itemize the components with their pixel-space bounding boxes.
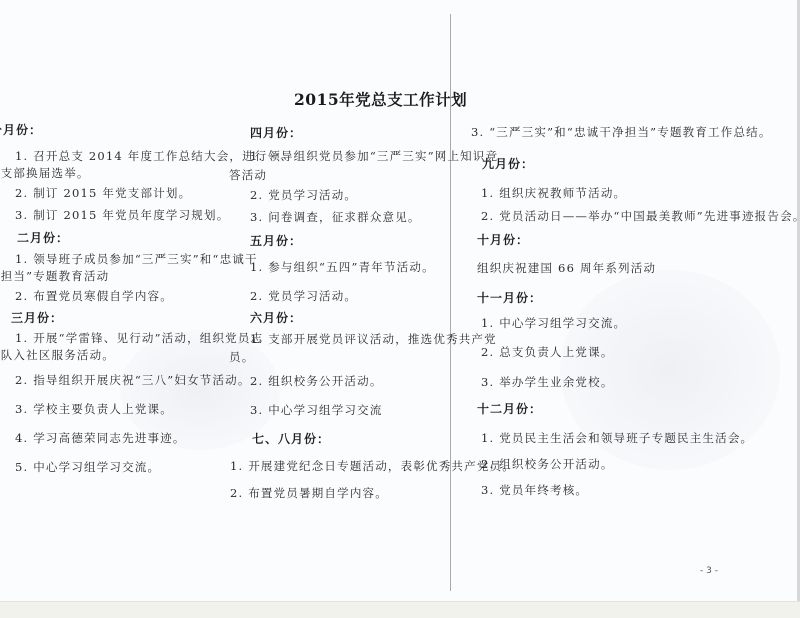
list-item: 1. 开展建党纪念日专题活动，表彰优秀共产党员。 (230, 459, 515, 473)
list-item: 2. 党员学习活动。 (250, 289, 357, 303)
scanned-page: 2015年党总支工作计划 一月份： 1. 召开总支 2014 年度工作总结大会，… (0, 0, 797, 601)
list-item: 1. 组织庆祝教师节活动。 (481, 186, 626, 200)
list-item: 3. 学校主要负责人上党课。 (15, 402, 173, 416)
list-item: 3. 中心学习组学习交流 (250, 403, 383, 417)
list-item: 2. 党员学习活动。 (250, 188, 357, 202)
list-item-continuation: 愿队入社区服务活动。 (0, 348, 115, 362)
list-item: 3. “三严三实”和“忠诚干净担当”专题教育工作总结。 (471, 125, 772, 139)
list-item: 1. 支部开展党员评议活动，推选优秀共产党 (250, 332, 497, 346)
document-title: 2015年党总支工作计划 (294, 91, 467, 109)
list-item: 2. 布置党员寒假自学内容。 (15, 289, 173, 303)
list-item: 3. 党员年终考核。 (481, 483, 588, 497)
section-heading-november: 十一月份： (477, 291, 542, 305)
section-heading-february: 二月份： (17, 231, 69, 245)
list-item: 1. 开展“学雷锋、见行动”活动，组织党员志 (15, 331, 263, 345)
list-item: 2. 布置党员暑期自学内容。 (230, 486, 388, 500)
scanner-bed-strip (0, 601, 800, 618)
section-heading-june: 六月份： (250, 311, 302, 325)
list-item: 1. 领导组织党员参加“三严三实”网上知识竞 (250, 149, 498, 163)
list-item-continuation: 答活动 (229, 168, 267, 182)
list-item: 2. 组织校务公开活动。 (250, 374, 383, 388)
section-heading-october: 十月份： (477, 233, 529, 247)
list-item: 4. 学习高德荣同志先进事迹。 (15, 431, 186, 445)
list-item-continuation: 员。 (229, 350, 254, 364)
list-item: 2. 总支负责人上党课。 (481, 345, 614, 359)
list-item: 3. 问卷调查，征求群众意见。 (250, 210, 421, 224)
section-heading-september: 九月份： (482, 157, 534, 171)
list-item: 5. 中心学习组学习交流。 (15, 460, 160, 474)
section-heading-may: 五月份： (250, 234, 302, 248)
list-item: 3. 制订 2015 年党员年度学习规划。 (15, 208, 229, 222)
list-item: 2. 制订 2015 年党支部计划。 (15, 186, 191, 200)
section-heading-january: 一月份： (0, 123, 42, 137)
list-item: 2. 组织校务公开活动。 (481, 457, 614, 471)
list-item-continuation: 净担当”专题教育活动 (0, 269, 109, 283)
list-item: 1. 党员民主生活会和领导班子专题民主生活会。 (481, 431, 753, 445)
section-heading-april: 四月份： (250, 126, 302, 140)
list-item: 2. 指导组织开展庆祝“三八”妇女节活动。 (15, 373, 251, 387)
list-item-continuation: 二支部换届选举。 (0, 166, 90, 180)
section-heading-december: 十二月份： (477, 402, 542, 416)
list-item: 组织庆祝建国 66 周年系列活动 (477, 261, 656, 275)
list-item: 3. 举办学生业余党校。 (481, 375, 614, 389)
section-heading-march: 三月份： (11, 311, 63, 325)
list-item: 1. 领导班子成员参加“三严三实”和“忠诚干 (15, 252, 258, 266)
list-item: 1. 参与组织“五四”青年节活动。 (250, 260, 435, 274)
list-item: 1. 中心学习组学习交流。 (481, 316, 626, 330)
list-item: 2. 党员活动日——举办“中国最美教师”先进事迹报告会。 (481, 209, 797, 223)
page-number: - 3 - (700, 566, 718, 576)
section-heading-july-august: 七、八月份： (252, 432, 330, 446)
